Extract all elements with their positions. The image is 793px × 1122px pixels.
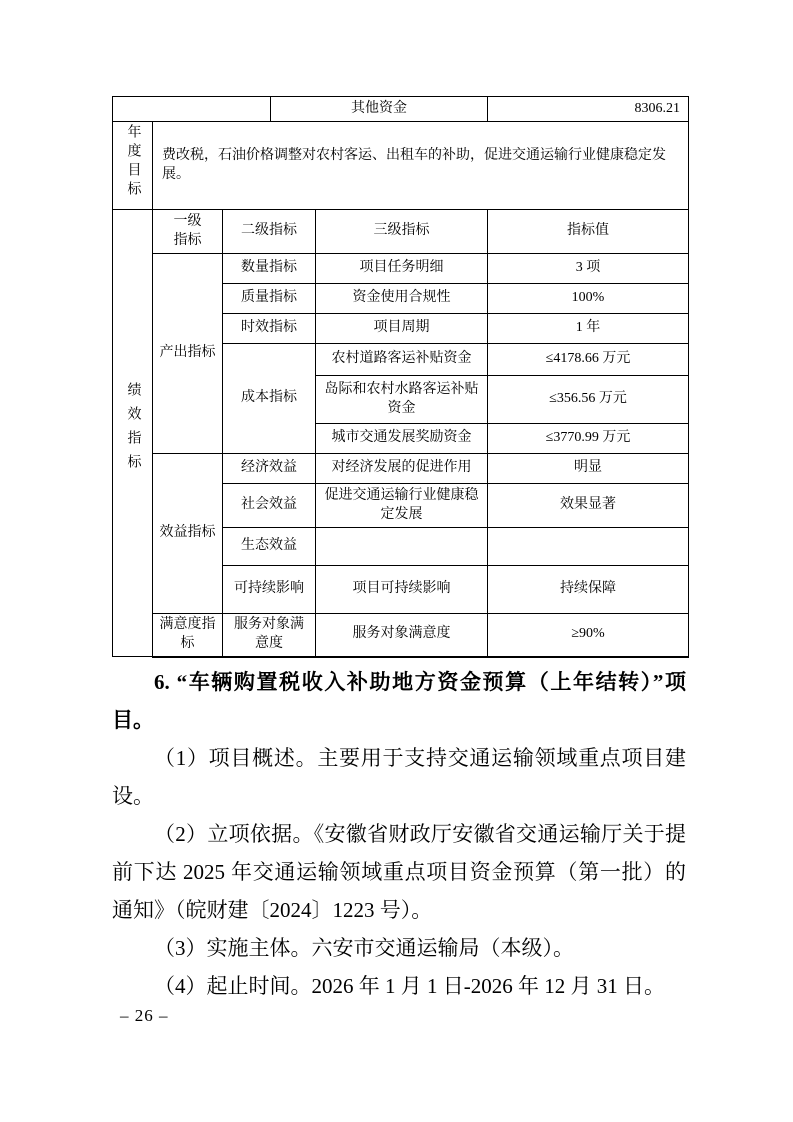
empty-cell (113, 97, 271, 122)
indicator-l3: 岛际和农村水路客运补贴资金 (316, 376, 488, 424)
group-satisfaction: 满意度指标 (153, 614, 223, 657)
page-number: – 26 – (120, 1006, 169, 1026)
indicator-l2: 时效指标 (223, 314, 316, 344)
indicator-value: 3 项 (488, 254, 689, 284)
header-level2: 二级指标 (223, 210, 316, 254)
paragraph-basis: （2）立项依据。《安徽省财政厅安徽省交通运输厅关于提前下达 2025 年交通运输… (112, 815, 686, 929)
indicator-value (488, 528, 689, 566)
indicator-l2: 社会效益 (223, 484, 316, 528)
indicator-value: 1 年 (488, 314, 689, 344)
document-page: 其他资金 8306.21 年度目标 费改税，石油价格调整对农村客运、出租车的补助… (0, 0, 793, 1122)
group-output: 产出指标 (153, 254, 223, 454)
performance-indicator-table: 绩效指标 一级 指标 二级指标 三级指标 指标值 产出指标 数量指标 项目任务明… (112, 209, 689, 658)
indicator-l3: 项目可持续影响 (316, 566, 488, 614)
indicator-l3: 服务对象满意度 (316, 614, 488, 657)
group-benefit: 效益指标 (153, 454, 223, 614)
section-heading: 6. “车辆购置税收入补助地方资金预算（上年结转）”项目。 (112, 663, 686, 739)
indicator-l2: 数量指标 (223, 254, 316, 284)
indicator-value: 效果显著 (488, 484, 689, 528)
indicator-l2: 生态效益 (223, 528, 316, 566)
indicator-value: 100% (488, 284, 689, 314)
indicator-value: 明显 (488, 454, 689, 484)
annual-goal-label: 年度目标 (126, 124, 140, 200)
funding-continuation-table: 其他资金 8306.21 年度目标 费改税，石油价格调整对农村客运、出租车的补助… (112, 96, 689, 210)
indicator-l3: 资金使用合规性 (316, 284, 488, 314)
indicator-value: ≤356.56 万元 (488, 376, 689, 424)
other-funds-amount: 8306.21 (488, 97, 689, 122)
indicator-l3: 对经济发展的促进作用 (316, 454, 488, 484)
group-cost: 成本指标 (223, 344, 316, 454)
performance-side-label: 绩效指标 (126, 382, 140, 478)
indicator-l3: 项目周期 (316, 314, 488, 344)
annual-goal-text: 费改税，石油价格调整对农村客运、出租车的补助，促进交通运输行业健康稳定发展。 (153, 122, 689, 210)
header-value: 指标值 (488, 210, 689, 254)
indicator-value: ≤4178.66 万元 (488, 344, 689, 376)
performance-side-label-cell: 绩效指标 (113, 210, 153, 657)
indicator-l2: 质量指标 (223, 284, 316, 314)
indicator-value: 持续保障 (488, 566, 689, 614)
indicator-l2: 经济效益 (223, 454, 316, 484)
paragraph-overview: （1）项目概述。主要用于支持交通运输领域重点项目建设。 (112, 739, 686, 815)
indicator-l3: 城市交通发展奖励资金 (316, 424, 488, 454)
body-text: 6. “车辆购置税收入补助地方资金预算（上年结转）”项目。 （1）项目概述。主要… (112, 663, 686, 1005)
indicator-l2: 可持续影响 (223, 566, 316, 614)
indicator-value: ≥90% (488, 614, 689, 657)
indicator-l3: 项目任务明细 (316, 254, 488, 284)
indicator-l3 (316, 528, 488, 566)
other-funds-label: 其他资金 (271, 97, 488, 122)
indicator-value: ≤3770.99 万元 (488, 424, 689, 454)
indicator-l3: 促进交通运输行业健康稳定发展 (316, 484, 488, 528)
indicator-l3: 农村道路客运补贴资金 (316, 344, 488, 376)
paragraph-implementer: （3）实施主体。六安市交通运输局（本级）。 (112, 929, 686, 967)
header-level1: 一级 指标 (153, 210, 223, 254)
header-level3: 三级指标 (316, 210, 488, 254)
annual-goal-label-cell: 年度目标 (113, 122, 153, 210)
indicator-l2: 服务对象满意度 (223, 614, 316, 657)
paragraph-duration: （4）起止时间。2026 年 1 月 1 日-2026 年 12 月 31 日。 (112, 967, 686, 1005)
